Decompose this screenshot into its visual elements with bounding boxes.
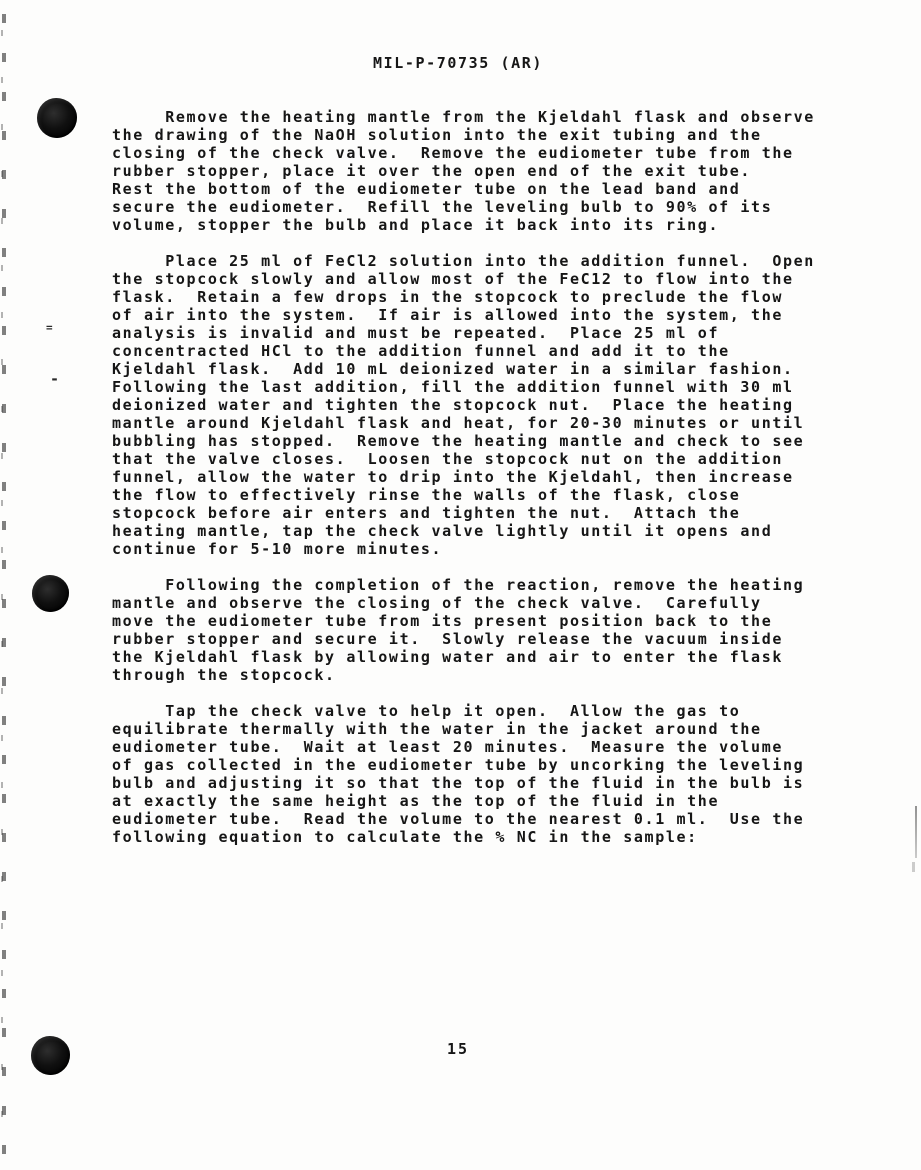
margin-mark-equals: = bbox=[46, 321, 53, 334]
scan-dot-artifact bbox=[912, 862, 915, 872]
binding-edge-marks-faint bbox=[1, 30, 3, 1150]
punch-hole-middle bbox=[32, 575, 69, 612]
paragraph-3: Following the completion of the reaction… bbox=[112, 576, 852, 684]
margin-mark-dash: - bbox=[50, 370, 59, 388]
page-number: 15 bbox=[0, 1040, 916, 1058]
paragraph-4: Tap the check valve to help it open. All… bbox=[112, 702, 852, 846]
scan-line-artifact bbox=[915, 806, 917, 858]
scanned-document-page: = - MIL-P-70735 (AR) Remove the heating … bbox=[0, 0, 921, 1170]
paragraph-1: Remove the heating mantle from the Kjeld… bbox=[112, 108, 852, 234]
paragraph-2: Place 25 ml of FeCl2 solution into the a… bbox=[112, 252, 852, 558]
document-id-header: MIL-P-70735 (AR) bbox=[0, 54, 916, 72]
punch-hole-top bbox=[37, 98, 77, 138]
document-body: Remove the heating mantle from the Kjeld… bbox=[112, 108, 852, 864]
